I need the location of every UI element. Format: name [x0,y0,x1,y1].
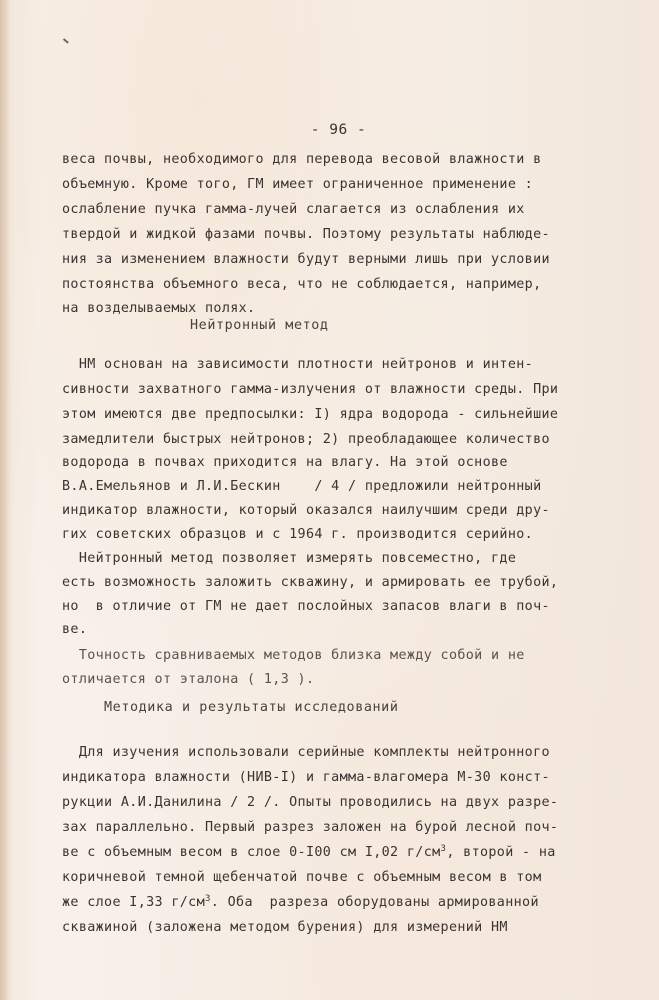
text-line: твердой и жидкой фазами почвы. Поэтому р… [62,227,550,243]
text-line: НМ основан на зависимости плотности нейт… [62,357,533,373]
text-line: ослабление пучка гамма-лучей слагается и… [62,202,525,218]
text-line: индикатора влажности (НИВ-I) и гамма-вла… [62,770,550,786]
text-line: В.А.Емельянов и Л.И.Бескин / 4 / предлож… [62,479,541,495]
text-fragment: , второй - на [446,845,555,860]
page-number: - 96 - [0,122,659,138]
section-heading-methods-results: Методика и результаты исследований [104,700,399,715]
text-line: замедлители быстрых нейтронов; 2) преобл… [62,432,550,448]
text-line: постоянства объемного веса, что не соблю… [62,277,541,293]
text-line: индикатор влажности, который оказался на… [62,503,550,519]
text-line: скважиной (заложена методом бурения) для… [62,920,508,936]
text-line: коричневой темной щебенчатой почве с объ… [62,870,541,886]
text-line: водорода в почвах приходится на влагу. Н… [62,455,508,471]
text-line: есть возможность заложить скважину, и ар… [62,575,558,591]
page-edge-shadow [0,0,10,1000]
text-line: на возделываемых полях. [62,301,255,317]
text-fragment: ве с объемным весом в слое 0-I00 см I,02… [62,845,441,860]
text-line: гих советских образцов и с 1964 г. произ… [62,527,533,543]
text-line: Для изучения использовали серийные компл… [62,745,550,761]
text-line: ния за изменением влажности будут верным… [62,252,550,268]
text-line: Нейтронный метод позволяет измерять повс… [62,551,516,567]
text-fragment: . Оба разреза оборудованы армированной [211,895,539,910]
text-line: веса почвы, необходимого для перевода ве… [62,152,541,168]
text-line: рукции А.И.Данилина / 2 /. Опыты проводи… [62,795,558,811]
text-line-with-superscript: ве с объемным весом в слое 0-I00 см I,02… [62,845,556,861]
text-line: объемную. Кроме того, ГМ имеет ограничен… [62,177,533,193]
text-line: ве. [62,622,87,638]
text-line: этом имеются две предпосылки: I) ядра во… [62,407,558,423]
text-line: но в отличие от ГМ не дает послойных зап… [62,599,550,615]
section-heading-neutron-method: Нейтронный метод [190,318,329,333]
text-line: сивности захватного гамма-излучения от в… [62,382,558,398]
text-line: зах параллельно. Первый разрез заложен н… [62,820,558,836]
text-fragment: же слое I,33 г/см [62,895,205,910]
text-line-with-superscript: же слое I,33 г/см3. Оба разреза оборудов… [62,895,539,911]
text-line: Точность сравниваемых методов близка меж… [62,648,525,664]
text-line: отличается от эталона ( 1,3 ). [62,672,314,688]
